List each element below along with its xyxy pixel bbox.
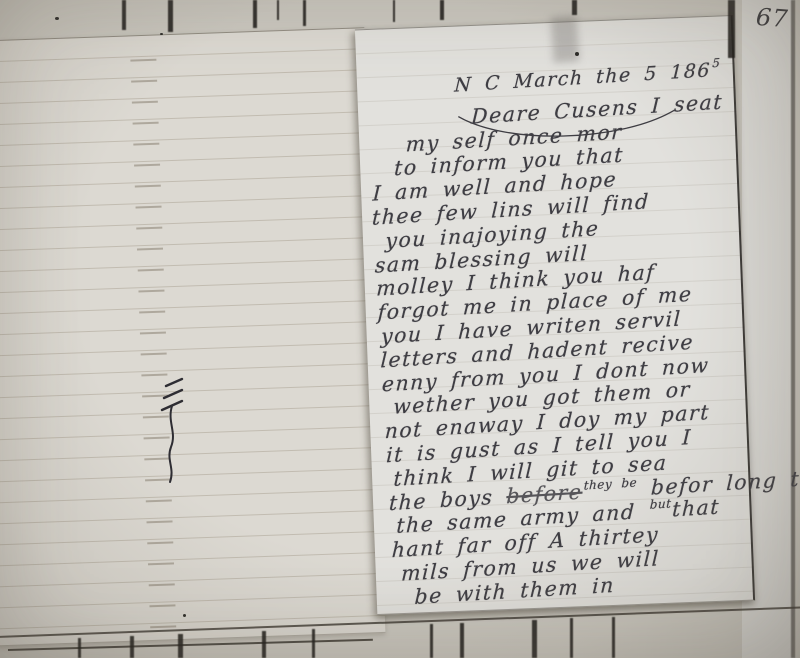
ledger-rule-bar <box>393 0 395 22</box>
ledger-rule-bar <box>312 629 315 658</box>
book-edge-line <box>791 0 795 658</box>
page-number-annotation: 67 <box>755 3 789 33</box>
inserted-word: they be <box>583 471 638 498</box>
ledger-rule-bar <box>572 0 577 15</box>
ledger-rule-bar <box>168 0 173 32</box>
scanned-letter-photo: N C March the 5 1865Deare Cusens I seatm… <box>0 0 800 658</box>
ledger-rule-bar <box>440 0 444 20</box>
ink-speck <box>55 17 59 20</box>
ledger-rule-bar <box>460 623 464 658</box>
ledger-rule-bar <box>262 631 266 658</box>
ink-speck <box>183 614 186 617</box>
ink-speck <box>575 52 579 56</box>
ink-speck <box>160 33 163 35</box>
ledger-rule-bar <box>570 618 573 658</box>
inserted-word: 5 <box>712 52 721 76</box>
ledger-rule-bar <box>122 0 126 30</box>
ledger-rule-bar <box>728 0 735 58</box>
ledger-rule-bar <box>303 0 306 26</box>
ledger-rule-bar <box>78 638 81 658</box>
ledger-rule-bar <box>178 634 183 658</box>
ledger-rule-bar <box>277 0 279 20</box>
ledger-rule-bar <box>532 620 537 658</box>
blank-lined-page <box>0 27 385 647</box>
ledger-rule-bar <box>612 617 615 658</box>
ledger-rule-bar <box>253 0 257 28</box>
letter-text: N C March the 5 1865Deare Cusens I seatm… <box>349 12 759 611</box>
ledger-rule-bar <box>130 636 134 658</box>
inserted-word: but <box>649 493 672 518</box>
ledger-rule-bar <box>430 624 433 658</box>
ink-blot <box>138 376 202 494</box>
letter-page: N C March the 5 1865Deare Cusens I seatm… <box>355 15 755 615</box>
